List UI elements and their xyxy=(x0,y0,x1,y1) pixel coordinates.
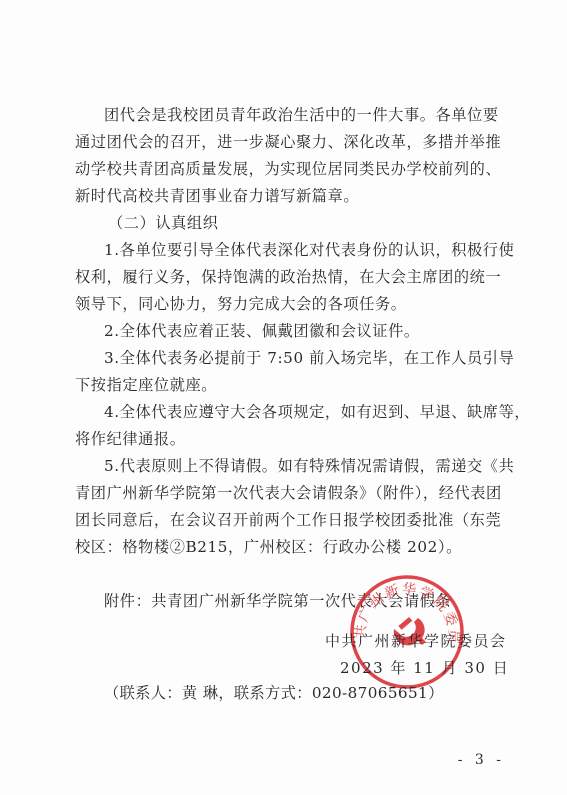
page-number: - 3 - xyxy=(458,752,505,768)
section-heading: （二）认真组织 xyxy=(108,210,538,237)
attachment-note: 附件：共青团广州新华学院第一次代表大会请假条 xyxy=(104,588,534,615)
paragraph-line: 通过团代会的召开，进一步凝心聚力、深化改革，多措并举推 xyxy=(75,129,505,156)
paragraph-line: 1.各单位要引导全体代表深化对代表身份的认识，积极行使 xyxy=(104,237,534,264)
paragraph-line: 5.代表原则上不得请假。如有特殊情况需请假，需递交《共 xyxy=(104,453,534,480)
paragraph-line: 将作纪律通报。 xyxy=(75,426,505,453)
paragraph-line: 4.全体代表应遵守大会各项规定，如有迟到、早退、缺席等， xyxy=(104,399,534,426)
signature-organization: 中共广州新华学院委员会 xyxy=(325,630,507,651)
paragraph-line: 团长同意后，在会议召开前两个工作日报学校团委批准（东莞 xyxy=(75,507,505,534)
paragraph-line: 团代会是我校团员青年政治生活中的一件大事。各单位要 xyxy=(104,102,534,129)
paragraph-line: 权利，履行义务，保持饱满的政治热情，在大会主席团的统一 xyxy=(75,264,505,291)
paragraph-line: 新时代高校共青团事业奋力谱写新篇章。 xyxy=(75,183,505,210)
paragraph-line: 下按指定座位就座。 xyxy=(75,372,505,399)
paragraph-line: 校区：格物楼②B215，广州校区：行政办公楼 202）。 xyxy=(75,534,505,561)
contact-info: （联系人：黄 琳，联系方式：020-87065651） xyxy=(104,680,534,707)
paragraph-line: 动学校共青团高质量发展，为实现位居同类民办学校前列的、 xyxy=(75,156,505,183)
document-page: 团代会是我校团员青年政治生活中的一件大事。各单位要 通过团代会的召开，进一步凝心… xyxy=(0,0,567,795)
paragraph-line: 领导下，同心协力，努力完成大会的各项任务。 xyxy=(75,291,505,318)
paragraph-line: 2.全体代表应着正装、佩戴团徽和会议证件。 xyxy=(104,318,534,345)
paragraph-line: 青团广州新华学院第一次代表大会请假条》（附件），经代表团 xyxy=(75,480,505,507)
signature-date: 2023 年 11 月 30 日 xyxy=(340,657,509,678)
paragraph-line: 3.全体代表务必提前于 7:50 前入场完毕，在工作人员引导 xyxy=(104,345,534,372)
